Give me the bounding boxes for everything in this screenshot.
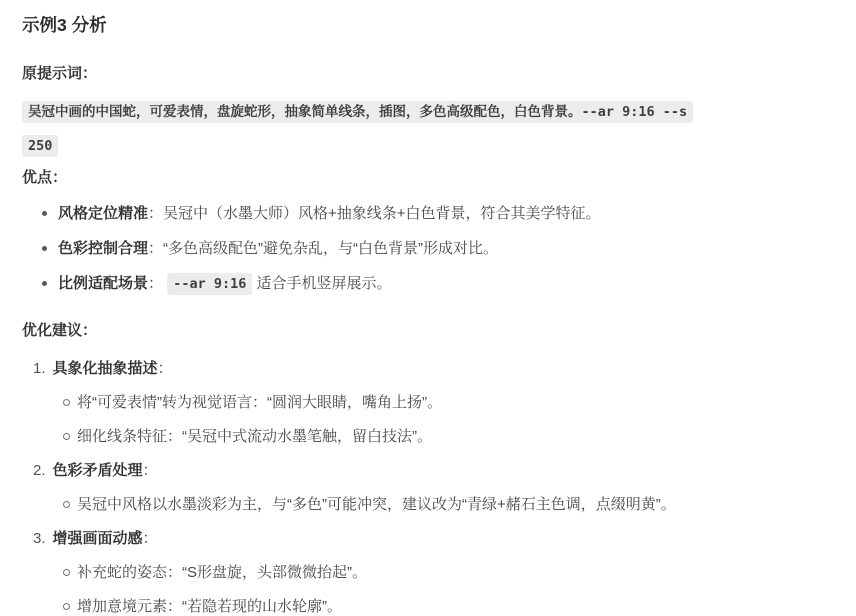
list-item: 色彩控制合理：“多色高级配色”避免杂乱，与“白色背景”形成对比。 — [58, 238, 832, 260]
bullet-dot-icon — [42, 246, 47, 251]
benefit-lead: 比例适配场景 — [58, 275, 148, 292]
benefit-lead: 色彩控制合理 — [58, 240, 148, 257]
list-item: 细化线条特征：“吴冠中式流动水墨笔触，留白技法”。 — [77, 426, 832, 448]
analysis-document: 示例3 分析 原提示词： 吴冠中画的中国蛇，可爱表情，盘旋蛇形，抽象简单线条，插… — [0, 0, 856, 616]
suggestion-sub-text: 补充蛇的姿态：“S形盘旋，头部微微抬起”。 — [77, 564, 367, 581]
list-number: 2. — [33, 462, 46, 479]
list-number: 1. — [33, 360, 46, 377]
list-item: 增加意境元素：“若隐若现的山水轮廓”。 — [77, 596, 832, 616]
prompt-code-line-1: 吴冠中画的中国蛇，可爱表情，盘旋蛇形，抽象简单线条，插图，多色高级配色，白色背景… — [22, 101, 693, 123]
suggestion-title: 增强画面动感 — [53, 530, 143, 547]
original-prompt-label: 原提示词： — [22, 63, 832, 85]
list-item: 将“可爱表情”转为视觉语言：“圆润大眼睛，嘴角上扬”。 — [77, 392, 832, 414]
suggestion-colon: ： — [143, 530, 158, 547]
list-item: 吴冠中风格以水墨淡彩为主，与“多色”可能冲突，建议改为“青绿+赭石主色调，点缀明… — [77, 494, 832, 516]
prompt-code-line-2: 250 — [22, 135, 58, 157]
advantages-label: 优点： — [22, 167, 832, 189]
suggestion-sub-text: 将“可爱表情”转为视觉语言：“圆润大眼睛，嘴角上扬”。 — [77, 394, 442, 411]
benefit-text: ：吴冠中（水墨大师）风格+抽象线条+白色背景，符合其美学特征。 — [148, 205, 601, 222]
list-item: 补充蛇的姿态：“S形盘旋，头部微微抬起”。 — [77, 562, 832, 584]
suggestion-colon: ： — [143, 462, 158, 479]
advantages-list: 风格定位精准：吴冠中（水墨大师）风格+抽象线条+白色背景，符合其美学特征。 色彩… — [22, 203, 832, 295]
list-item: 风格定位精准：吴冠中（水墨大师）风格+抽象线条+白色背景，符合其美学特征。 — [58, 203, 832, 225]
suggestion-title-row: 3.增强画面动感： — [33, 528, 832, 550]
benefit-text: ：“多色高级配色”避免杂乱，与“白色背景”形成对比。 — [148, 240, 498, 257]
benefit-text: 适合手机竖屏展示。 — [252, 275, 391, 292]
suggestion-item: 1.具象化抽象描述： 将“可爱表情”转为视觉语言：“圆润大眼睛，嘴角上扬”。 细… — [33, 358, 832, 448]
bullet-circle-icon — [63, 399, 70, 406]
benefit-text: ： — [148, 275, 163, 292]
bullet-dot-icon — [42, 281, 47, 286]
original-prompt-code-block: 吴冠中画的中国蛇，可爱表情，盘旋蛇形，抽象简单线条，插图，多色高级配色，白色背景… — [22, 95, 832, 163]
bullet-dot-icon — [42, 211, 47, 216]
suggestion-item: 3.增强画面动感： 补充蛇的姿态：“S形盘旋，头部微微抬起”。 增加意境元素：“… — [33, 528, 832, 616]
suggestion-title-row: 1.具象化抽象描述： — [33, 358, 832, 380]
bullet-circle-icon — [63, 603, 70, 610]
suggestion-colon: ： — [158, 360, 173, 377]
list-item: 比例适配场景： --ar 9:16 适合手机竖屏展示。 — [58, 273, 832, 295]
suggestions-label: 优化建议： — [22, 320, 832, 342]
page-title: 示例3 分析 — [22, 13, 832, 37]
suggestion-sub-text: 细化线条特征：“吴冠中式流动水墨笔触，留白技法”。 — [77, 428, 432, 445]
suggestion-sub-text: 增加意境元素：“若隐若现的山水轮廓”。 — [77, 598, 342, 615]
bullet-circle-icon — [63, 501, 70, 508]
suggestion-item: 2.色彩矛盾处理： 吴冠中风格以水墨淡彩为主，与“多色”可能冲突，建议改为“青绿… — [33, 460, 832, 516]
bullet-circle-icon — [63, 433, 70, 440]
suggestion-sub-text: 吴冠中风格以水墨淡彩为主，与“多色”可能冲突，建议改为“青绿+赭石主色调，点缀明… — [77, 496, 676, 513]
suggestion-sub-list: 补充蛇的姿态：“S形盘旋，头部微微抬起”。 增加意境元素：“若隐若现的山水轮廓”… — [33, 562, 832, 616]
suggestion-title: 色彩矛盾处理 — [53, 462, 143, 479]
benefit-lead: 风格定位精准 — [58, 205, 148, 222]
suggestion-sub-list: 吴冠中风格以水墨淡彩为主，与“多色”可能冲突，建议改为“青绿+赭石主色调，点缀明… — [33, 494, 832, 516]
suggestion-title: 具象化抽象描述 — [53, 360, 158, 377]
suggestions-list: 1.具象化抽象描述： 将“可爱表情”转为视觉语言：“圆润大眼睛，嘴角上扬”。 细… — [22, 358, 832, 616]
bullet-circle-icon — [63, 569, 70, 576]
suggestion-sub-list: 将“可爱表情”转为视觉语言：“圆润大眼睛，嘴角上扬”。 细化线条特征：“吴冠中式… — [33, 392, 832, 448]
list-number: 3. — [33, 530, 46, 547]
aspect-ratio-code: --ar 9:16 — [167, 273, 252, 295]
suggestion-title-row: 2.色彩矛盾处理： — [33, 460, 832, 482]
